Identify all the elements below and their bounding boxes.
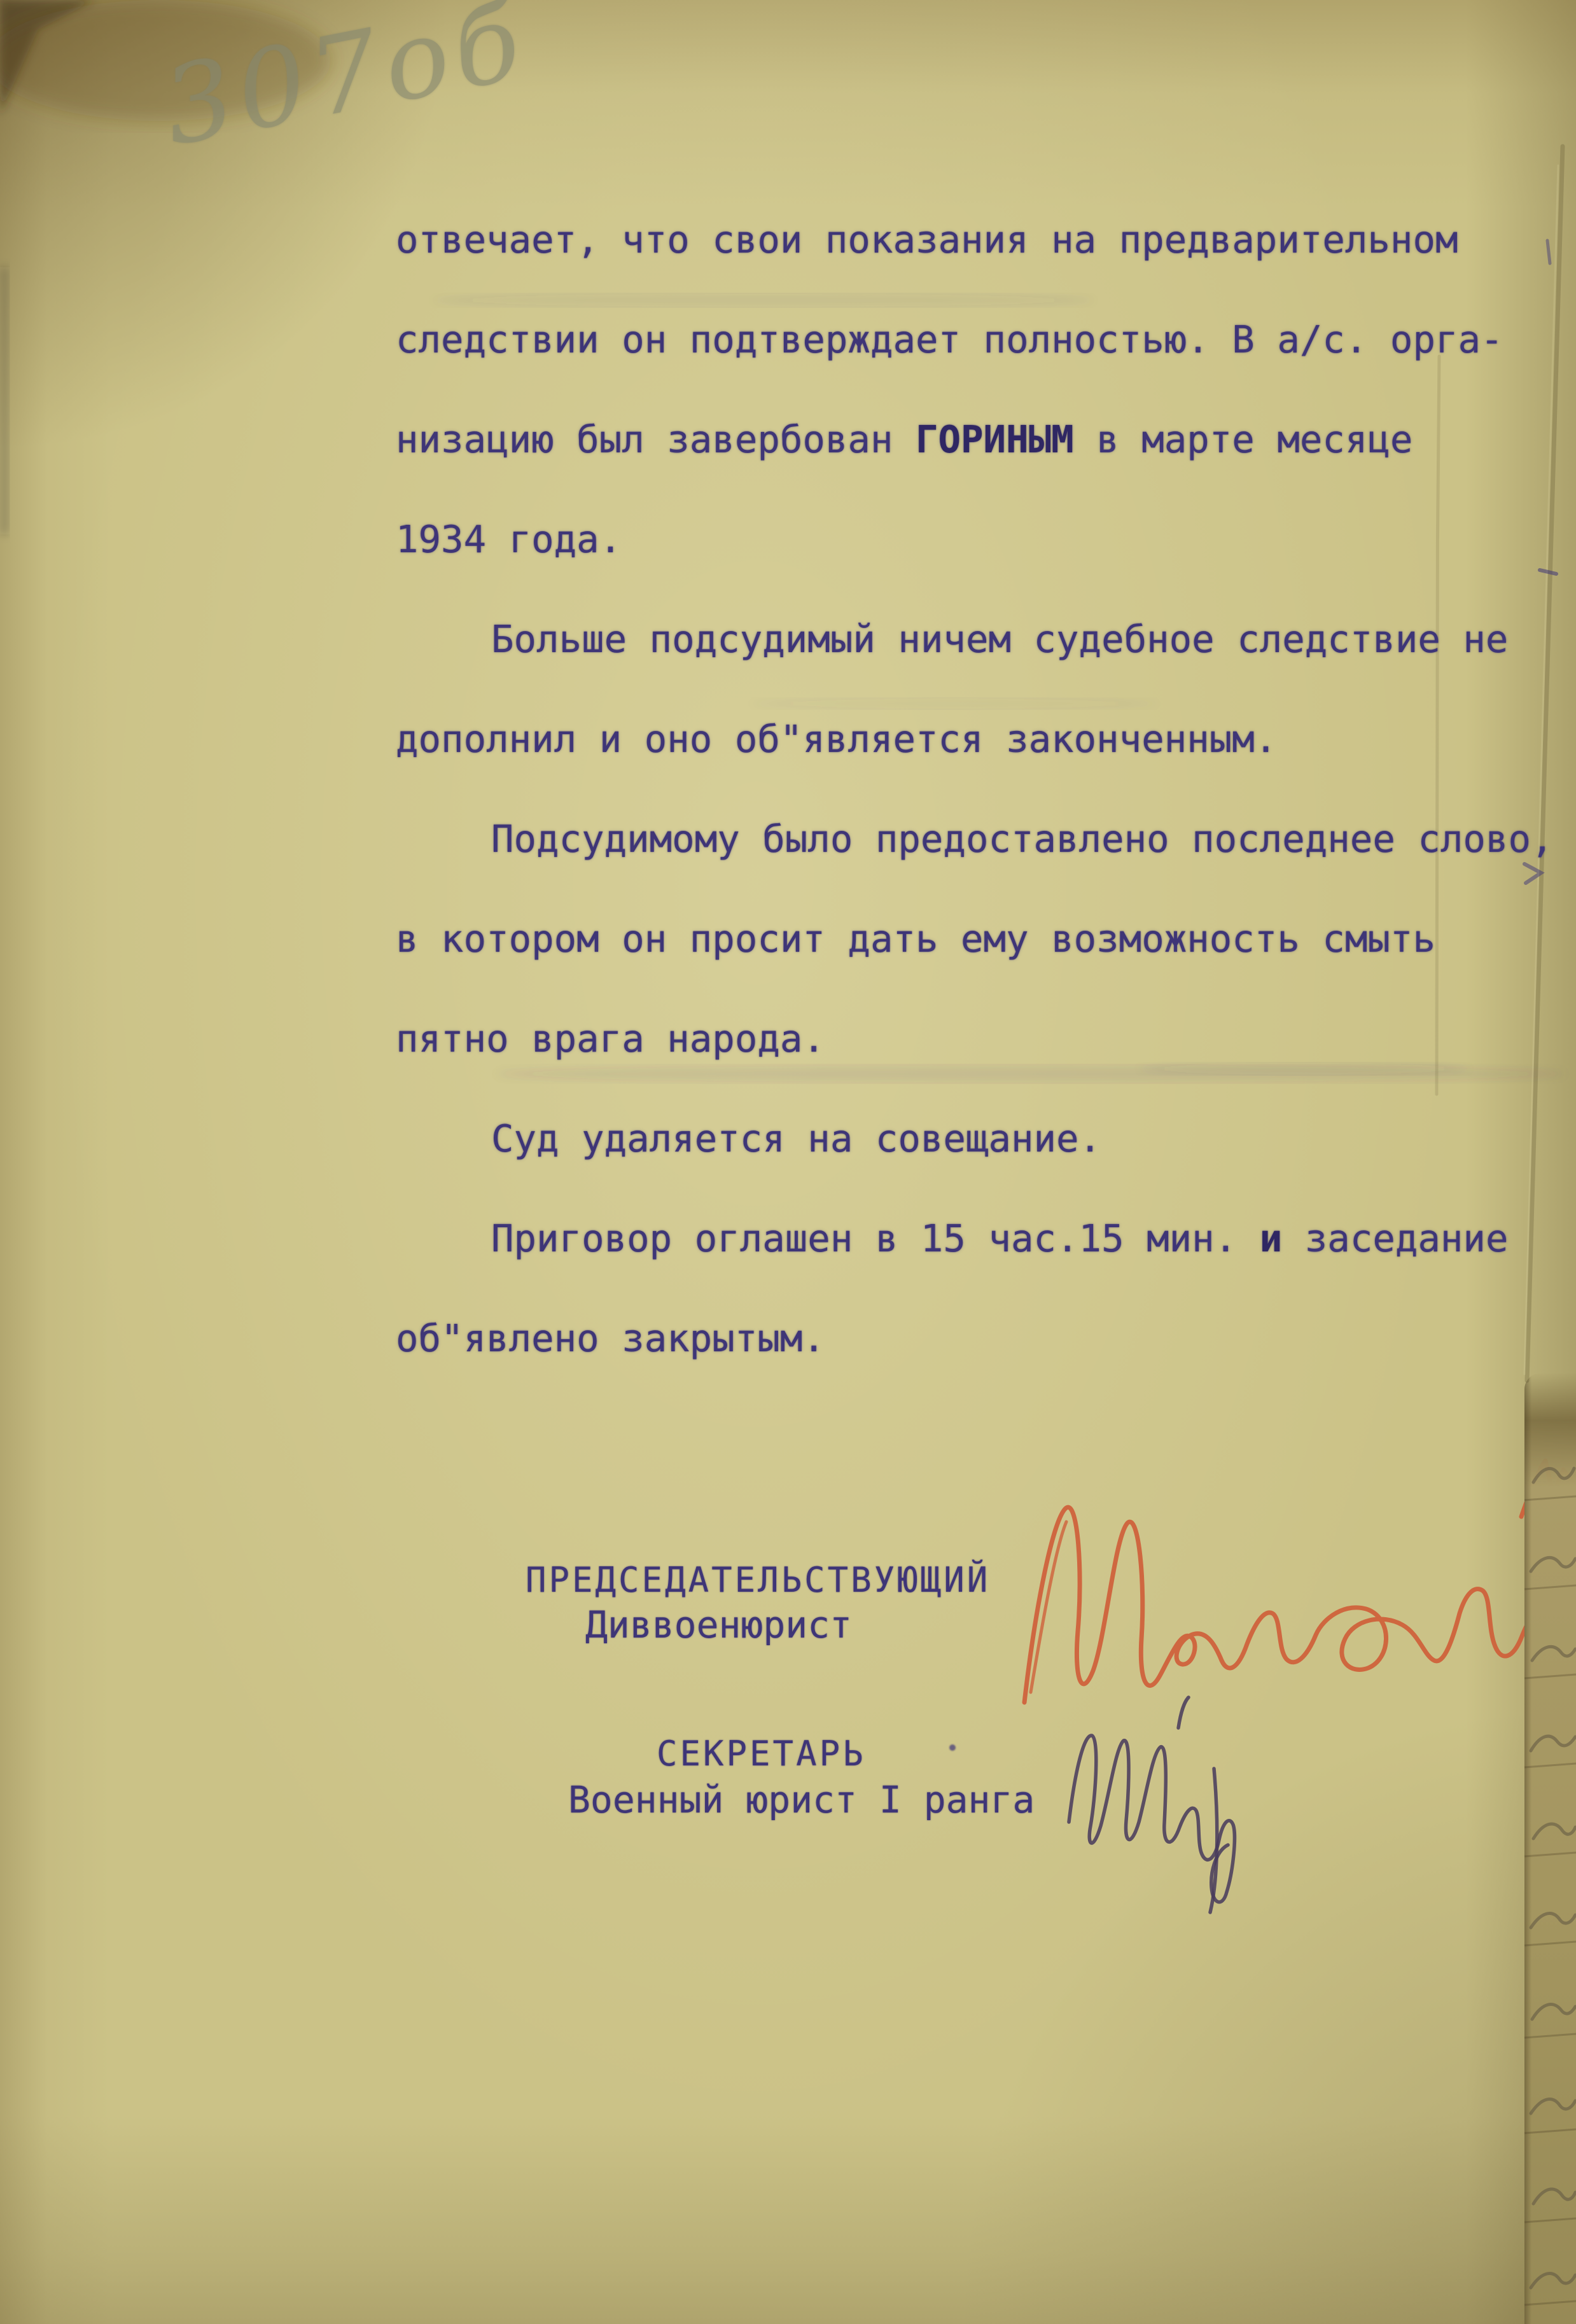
body-line: Суд удаляется на совещание. xyxy=(396,1089,1576,1188)
secretary-rank: Военный юрист I ранга xyxy=(568,1778,1035,1821)
presiding-title: ПРЕДСЕДАТЕЛЬСТВУЮЩИЙ xyxy=(526,1560,990,1600)
scanned-document-page: 307об отвечает, что свои показания на пр… xyxy=(0,0,1576,2324)
secretary-signature xyxy=(1054,1686,1257,1915)
body-line: Приговор оглашен в 15 час.15 мин. и засе… xyxy=(396,1188,1576,1288)
body-line: 1934 года. xyxy=(396,489,1576,589)
body-line: отвечает, что свои показания на предвари… xyxy=(396,190,1576,289)
next-page-handwriting xyxy=(1524,1373,1576,2324)
ink-dot xyxy=(949,1744,956,1751)
presiding-rank: Диввоенюрист xyxy=(585,1603,852,1646)
body-line: низацию был завербован ГОРИНЫМ в марте м… xyxy=(396,389,1576,489)
body-line: Подсудимому было предоставлено последнее… xyxy=(396,789,1576,889)
body-line: следствии он подтверждает полностью. В а… xyxy=(396,289,1576,389)
body-text: отвечает, что свои показания на предвари… xyxy=(396,190,1576,1388)
body-line: пятно врага народа. xyxy=(396,989,1576,1089)
body-line: Больше подсудимый ничем судебное следств… xyxy=(396,589,1576,689)
body-line: дополнил и оно об"является законченным. xyxy=(396,689,1576,789)
body-line: об"явлено закрытым. xyxy=(396,1288,1576,1388)
body-line: в котором он просит дать ему возможность… xyxy=(396,889,1576,989)
secretary-title: СЕКРЕТАРЬ xyxy=(657,1734,866,1774)
